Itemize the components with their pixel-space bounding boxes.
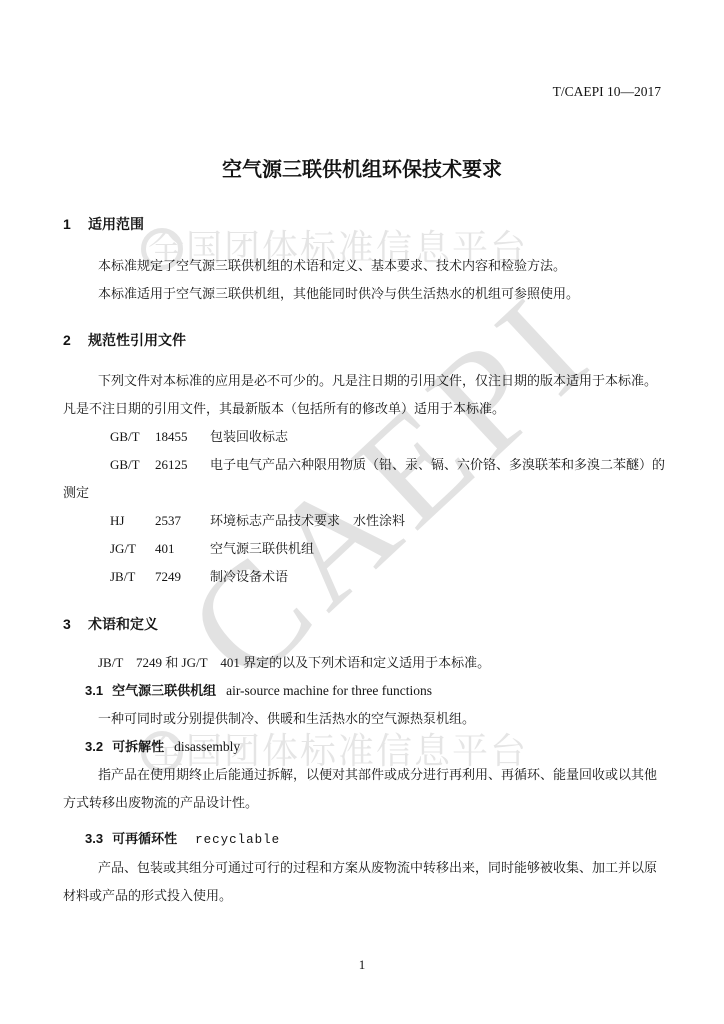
section-2-title: 规范性引用文件 (88, 332, 186, 348)
section-2-heading: 2规范性引用文件 (63, 326, 661, 354)
reference-item: JB/T7249制冷设备术语 (63, 563, 661, 591)
reference-title: 电子电气产品六种限用物质（铅、汞、镉、六价铬、多溴联苯和多溴二苯醚）的 (210, 457, 665, 472)
reference-item: JG/T401空气源三联供机组 (63, 535, 661, 563)
reference-item: GB/T26125电子电气产品六种限用物质（铅、汞、镉、六价铬、多溴联苯和多溴二… (63, 451, 661, 479)
page-number: 1 (0, 958, 724, 972)
section-1-heading: 1适用范围 (63, 210, 661, 238)
reference-code: JB/T (110, 563, 155, 591)
section-3-intro: JB/T 7249 和 JG/T 401 界定的以及下列术语和定义适用于本标准。 (63, 649, 661, 677)
term-definition-text: 产品、包装或其组分可通过可行的过程和方案从废物流中转移出来，同时能够被收集、加工… (63, 854, 661, 910)
term-definition: 3.1空气源三联供机组air-source machine for three … (63, 677, 661, 733)
term-heading: 3.1空气源三联供机组air-source machine for three … (63, 677, 661, 705)
paragraph: 凡是不注日期的引用文件，其最新版本（包括所有的修改单）适用于本标准。 (63, 395, 661, 423)
document-content: T/CAEPI 10—2017 空气源三联供机组环保技术要求 1适用范围 本标准… (0, 84, 724, 910)
paragraph: 本标准适用于空气源三联供机组，其他能同时供冷与供生活热水的机组可参照使用。 (63, 280, 661, 308)
paragraph: 本标准规定了空气源三联供机组的术语和定义、基本要求、技术内容和检验方法。 (63, 252, 661, 280)
term-definition-text: 指产品在使用期终止后能通过拆解，以便对其部件或成分进行再利用、再循环、能量回收或… (63, 761, 661, 817)
reference-title: 环境标志产品技术要求 水性涂料 (210, 513, 405, 528)
document-page: CAEPI 全国团体标准信息平台 全国团体标准信息平台 T/CAEPI 10—2… (0, 0, 724, 1024)
reference-number: 7249 (155, 563, 210, 591)
term-definition-text: 一种可同时或分别提供制冷、供暖和生活热水的空气源热泵机组。 (63, 705, 661, 733)
reference-code: GB/T (110, 423, 155, 451)
reference-item: GB/T18455包装回收标志 (63, 423, 661, 451)
reference-list: GB/T18455包装回收标志 GB/T26125电子电气产品六种限用物质（铅、… (63, 423, 661, 591)
term-number: 3.1 (85, 683, 103, 698)
paragraph: JB/T 7249 和 JG/T 401 界定的以及下列术语和定义适用于本标准。 (63, 649, 661, 677)
section-3-number: 3 (63, 610, 88, 638)
reference-item: HJ2537环境标志产品技术要求 水性涂料 (63, 507, 661, 535)
reference-code: JG/T (110, 535, 155, 563)
section-1-body: 本标准规定了空气源三联供机组的术语和定义、基本要求、技术内容和检验方法。 本标准… (63, 252, 661, 308)
reference-title-continuation: 测定 (63, 479, 661, 507)
reference-number: 401 (155, 535, 210, 563)
reference-title: 制冷设备术语 (210, 569, 288, 584)
term-definition: 3.3可再循环性recyclable 产品、包装或其组分可通过可行的过程和方案从… (63, 825, 661, 910)
reference-number: 2537 (155, 507, 210, 535)
term-heading: 3.3可再循环性recyclable (63, 825, 661, 854)
reference-title: 空气源三联供机组 (210, 541, 314, 556)
term-number: 3.2 (85, 739, 103, 754)
term-name-en: recyclable (195, 833, 280, 847)
term-name-en: air-source machine for three functions (226, 683, 432, 698)
paragraph: 下列文件对本标准的应用是必不可少的。凡是注日期的引用文件，仅注日期的版本适用于本… (63, 367, 661, 395)
section-2-number: 2 (63, 326, 88, 354)
section-1-number: 1 (63, 210, 88, 238)
term-name-zh: 可再循环性 (112, 831, 177, 846)
term-name-zh: 可拆解性 (112, 739, 164, 754)
term-number: 3.3 (85, 831, 103, 846)
term-name-en: disassembly (174, 739, 240, 754)
reference-number: 18455 (155, 423, 210, 451)
reference-code: GB/T (110, 451, 155, 479)
section-1-title: 适用范围 (88, 216, 144, 232)
term-name-zh: 空气源三联供机组 (112, 683, 216, 698)
section-3-heading: 3术语和定义 (63, 610, 661, 638)
reference-title: 包装回收标志 (210, 429, 288, 444)
section-2-intro: 下列文件对本标准的应用是必不可少的。凡是注日期的引用文件，仅注日期的版本适用于本… (63, 367, 661, 423)
term-definition: 3.2可拆解性disassembly 指产品在使用期终止后能通过拆解，以便对其部… (63, 733, 661, 817)
standard-code: T/CAEPI 10—2017 (63, 84, 661, 100)
reference-number: 26125 (155, 451, 210, 479)
section-3-title: 术语和定义 (88, 616, 158, 632)
document-title: 空气源三联供机组环保技术要求 (63, 156, 661, 184)
term-heading: 3.2可拆解性disassembly (63, 733, 661, 761)
reference-code: HJ (110, 507, 155, 535)
